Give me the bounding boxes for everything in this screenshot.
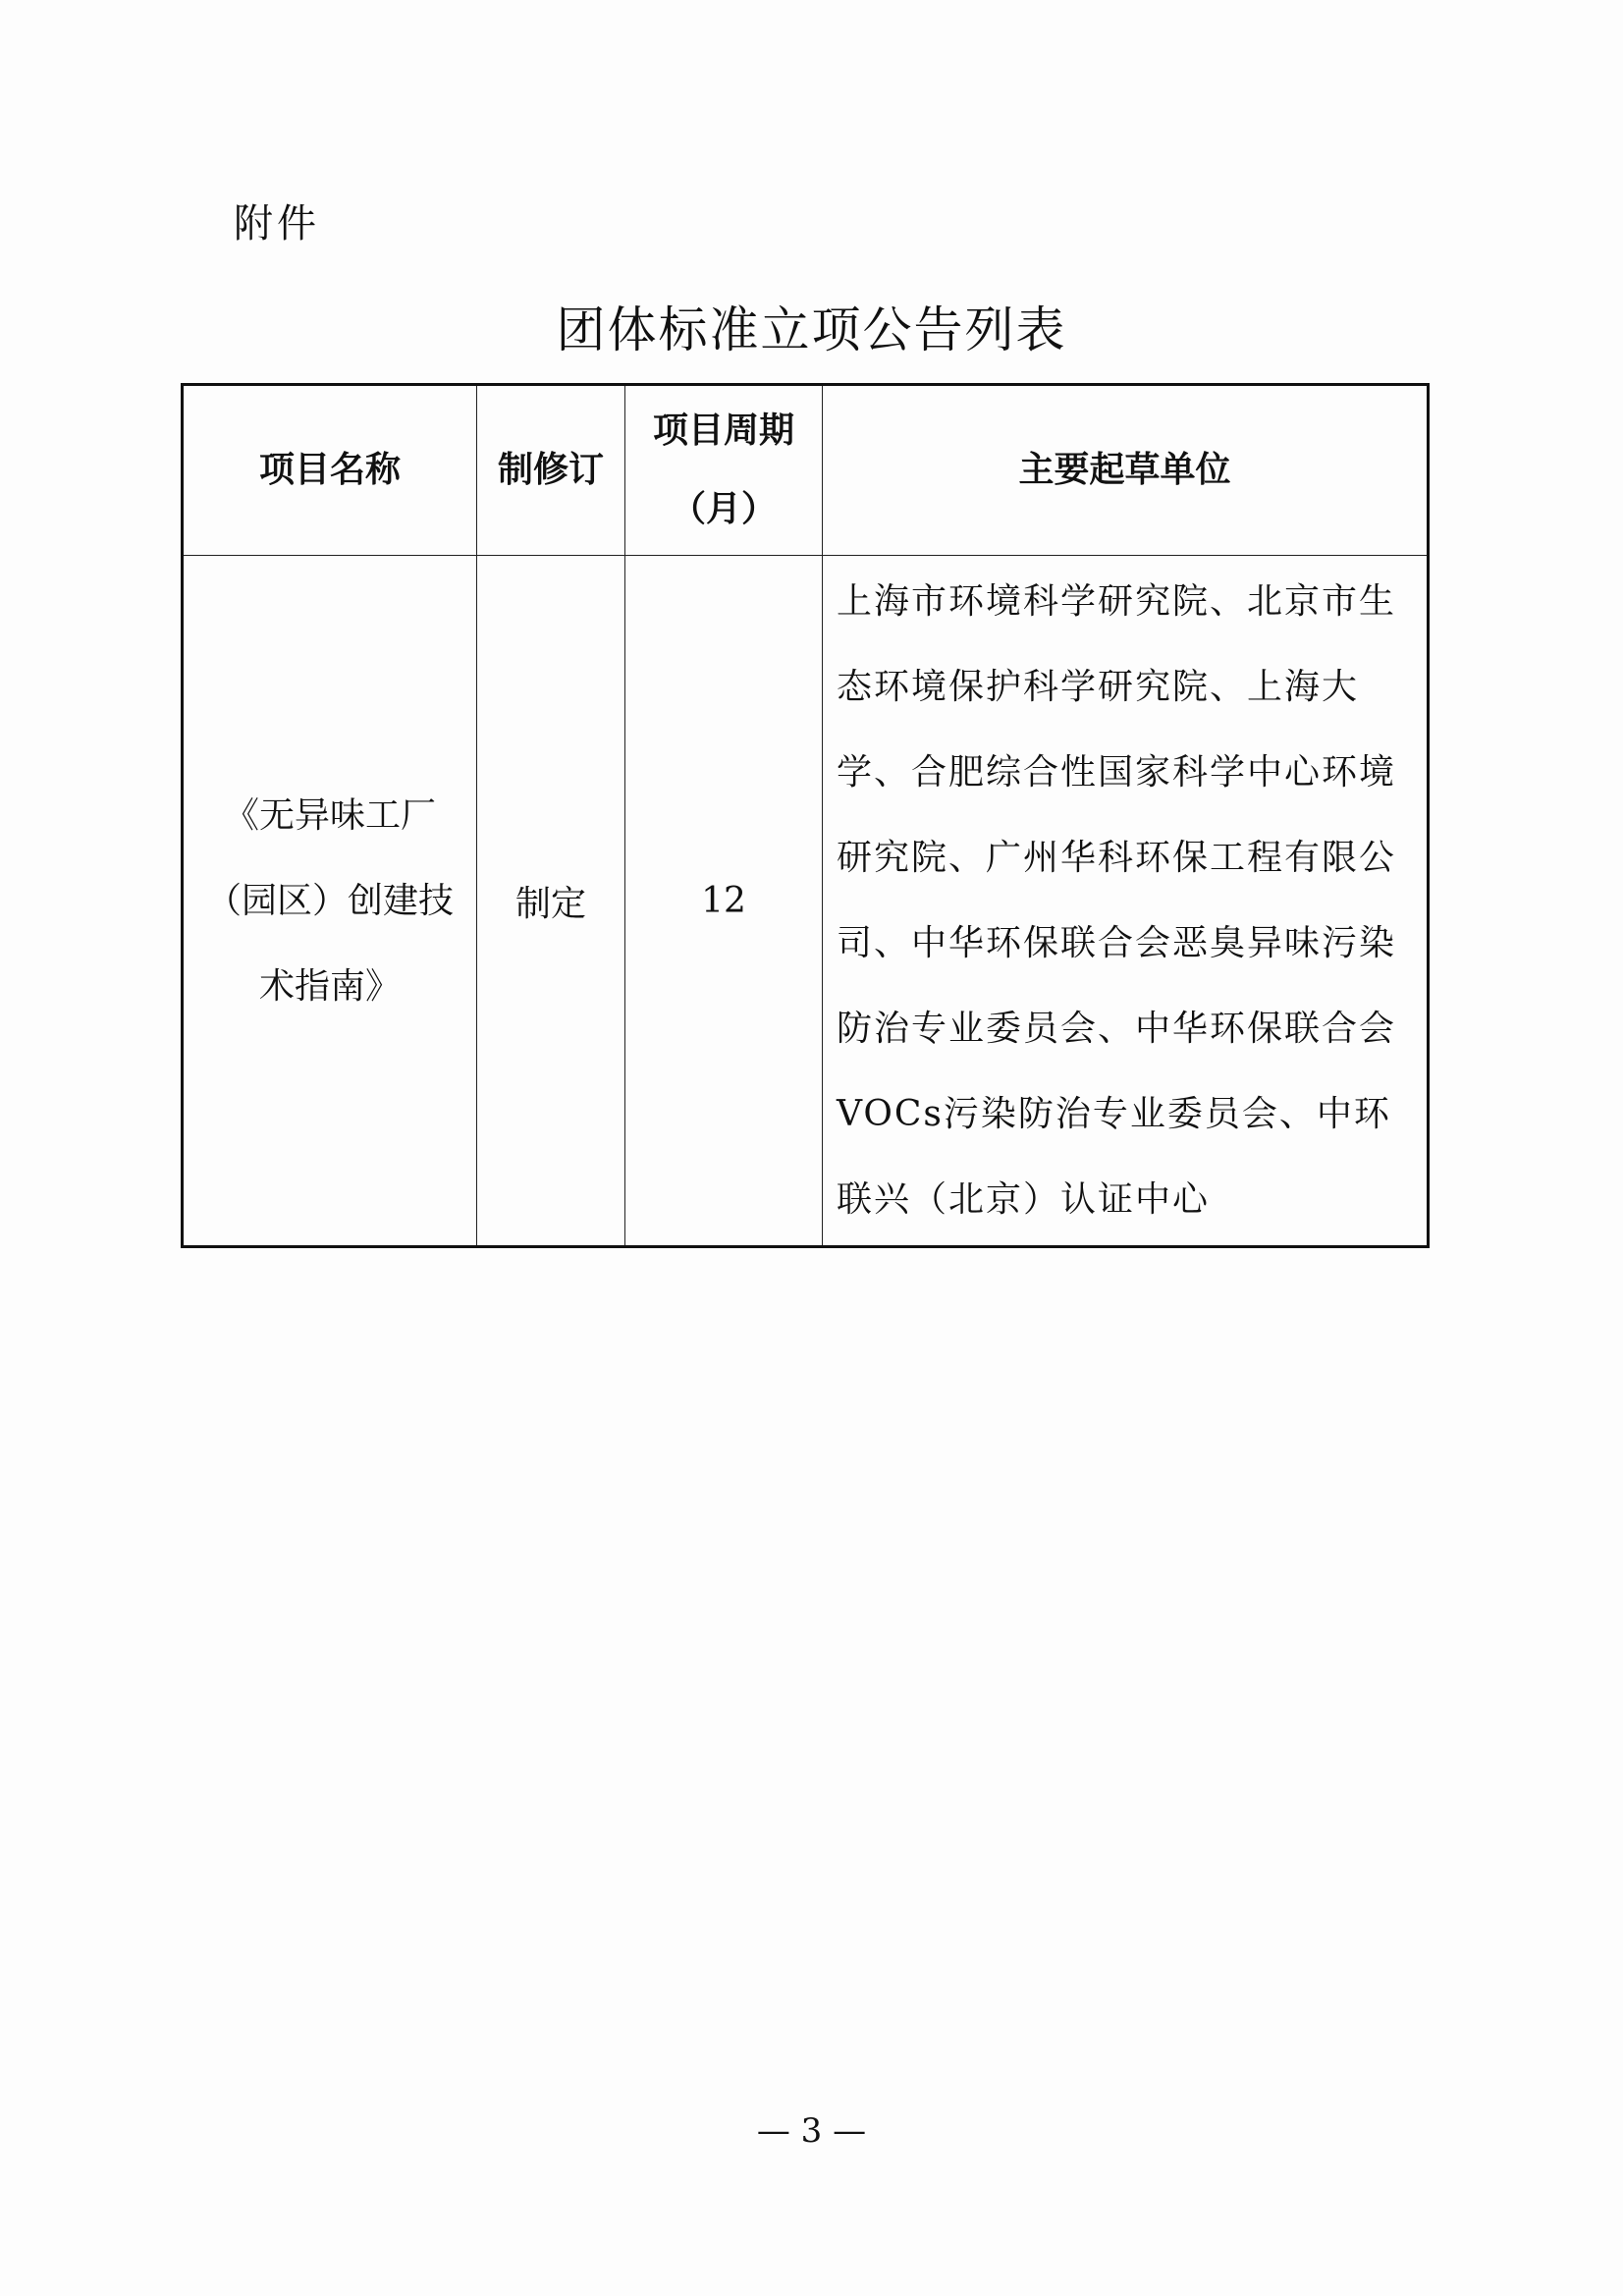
header-period-line2: （月）	[625, 470, 822, 549]
header-period-line1: 项目周期	[625, 392, 822, 470]
cell-period: 12	[625, 556, 823, 1247]
header-project-name: 项目名称	[183, 385, 477, 556]
project-name-line: 术指南》	[184, 944, 476, 1029]
cell-drafting-units: 上海市环境科学研究院、北京市生态环境保护科学研究院、上海大学、合肥综合性国家科学…	[823, 556, 1429, 1247]
table-header-row: 项目名称 制修订 项目周期 （月） 主要起草单位	[183, 385, 1429, 556]
project-name-line: 《无异味工厂	[184, 773, 476, 858]
project-name-line: （园区）创建技	[184, 858, 476, 944]
header-period: 项目周期 （月）	[625, 385, 823, 556]
page-title: 团体标准立项公告列表	[0, 291, 1623, 361]
cell-project-name: 《无异味工厂 （园区）创建技 术指南》	[183, 556, 477, 1247]
header-drafting-units: 主要起草单位	[823, 385, 1429, 556]
table-row: 《无异味工厂 （园区）创建技 术指南》 制定 12 上海市环境科学研究院、北京市…	[183, 556, 1429, 1247]
cell-revision-type: 制定	[477, 556, 625, 1247]
standards-table: 项目名称 制修订 项目周期 （月） 主要起草单位 《无异味工厂 （园区）创建技 …	[181, 383, 1430, 1248]
header-revision-type: 制修订	[477, 385, 625, 556]
page-number: — 3 —	[0, 2111, 1623, 2151]
attachment-label: 附件	[234, 192, 320, 248]
